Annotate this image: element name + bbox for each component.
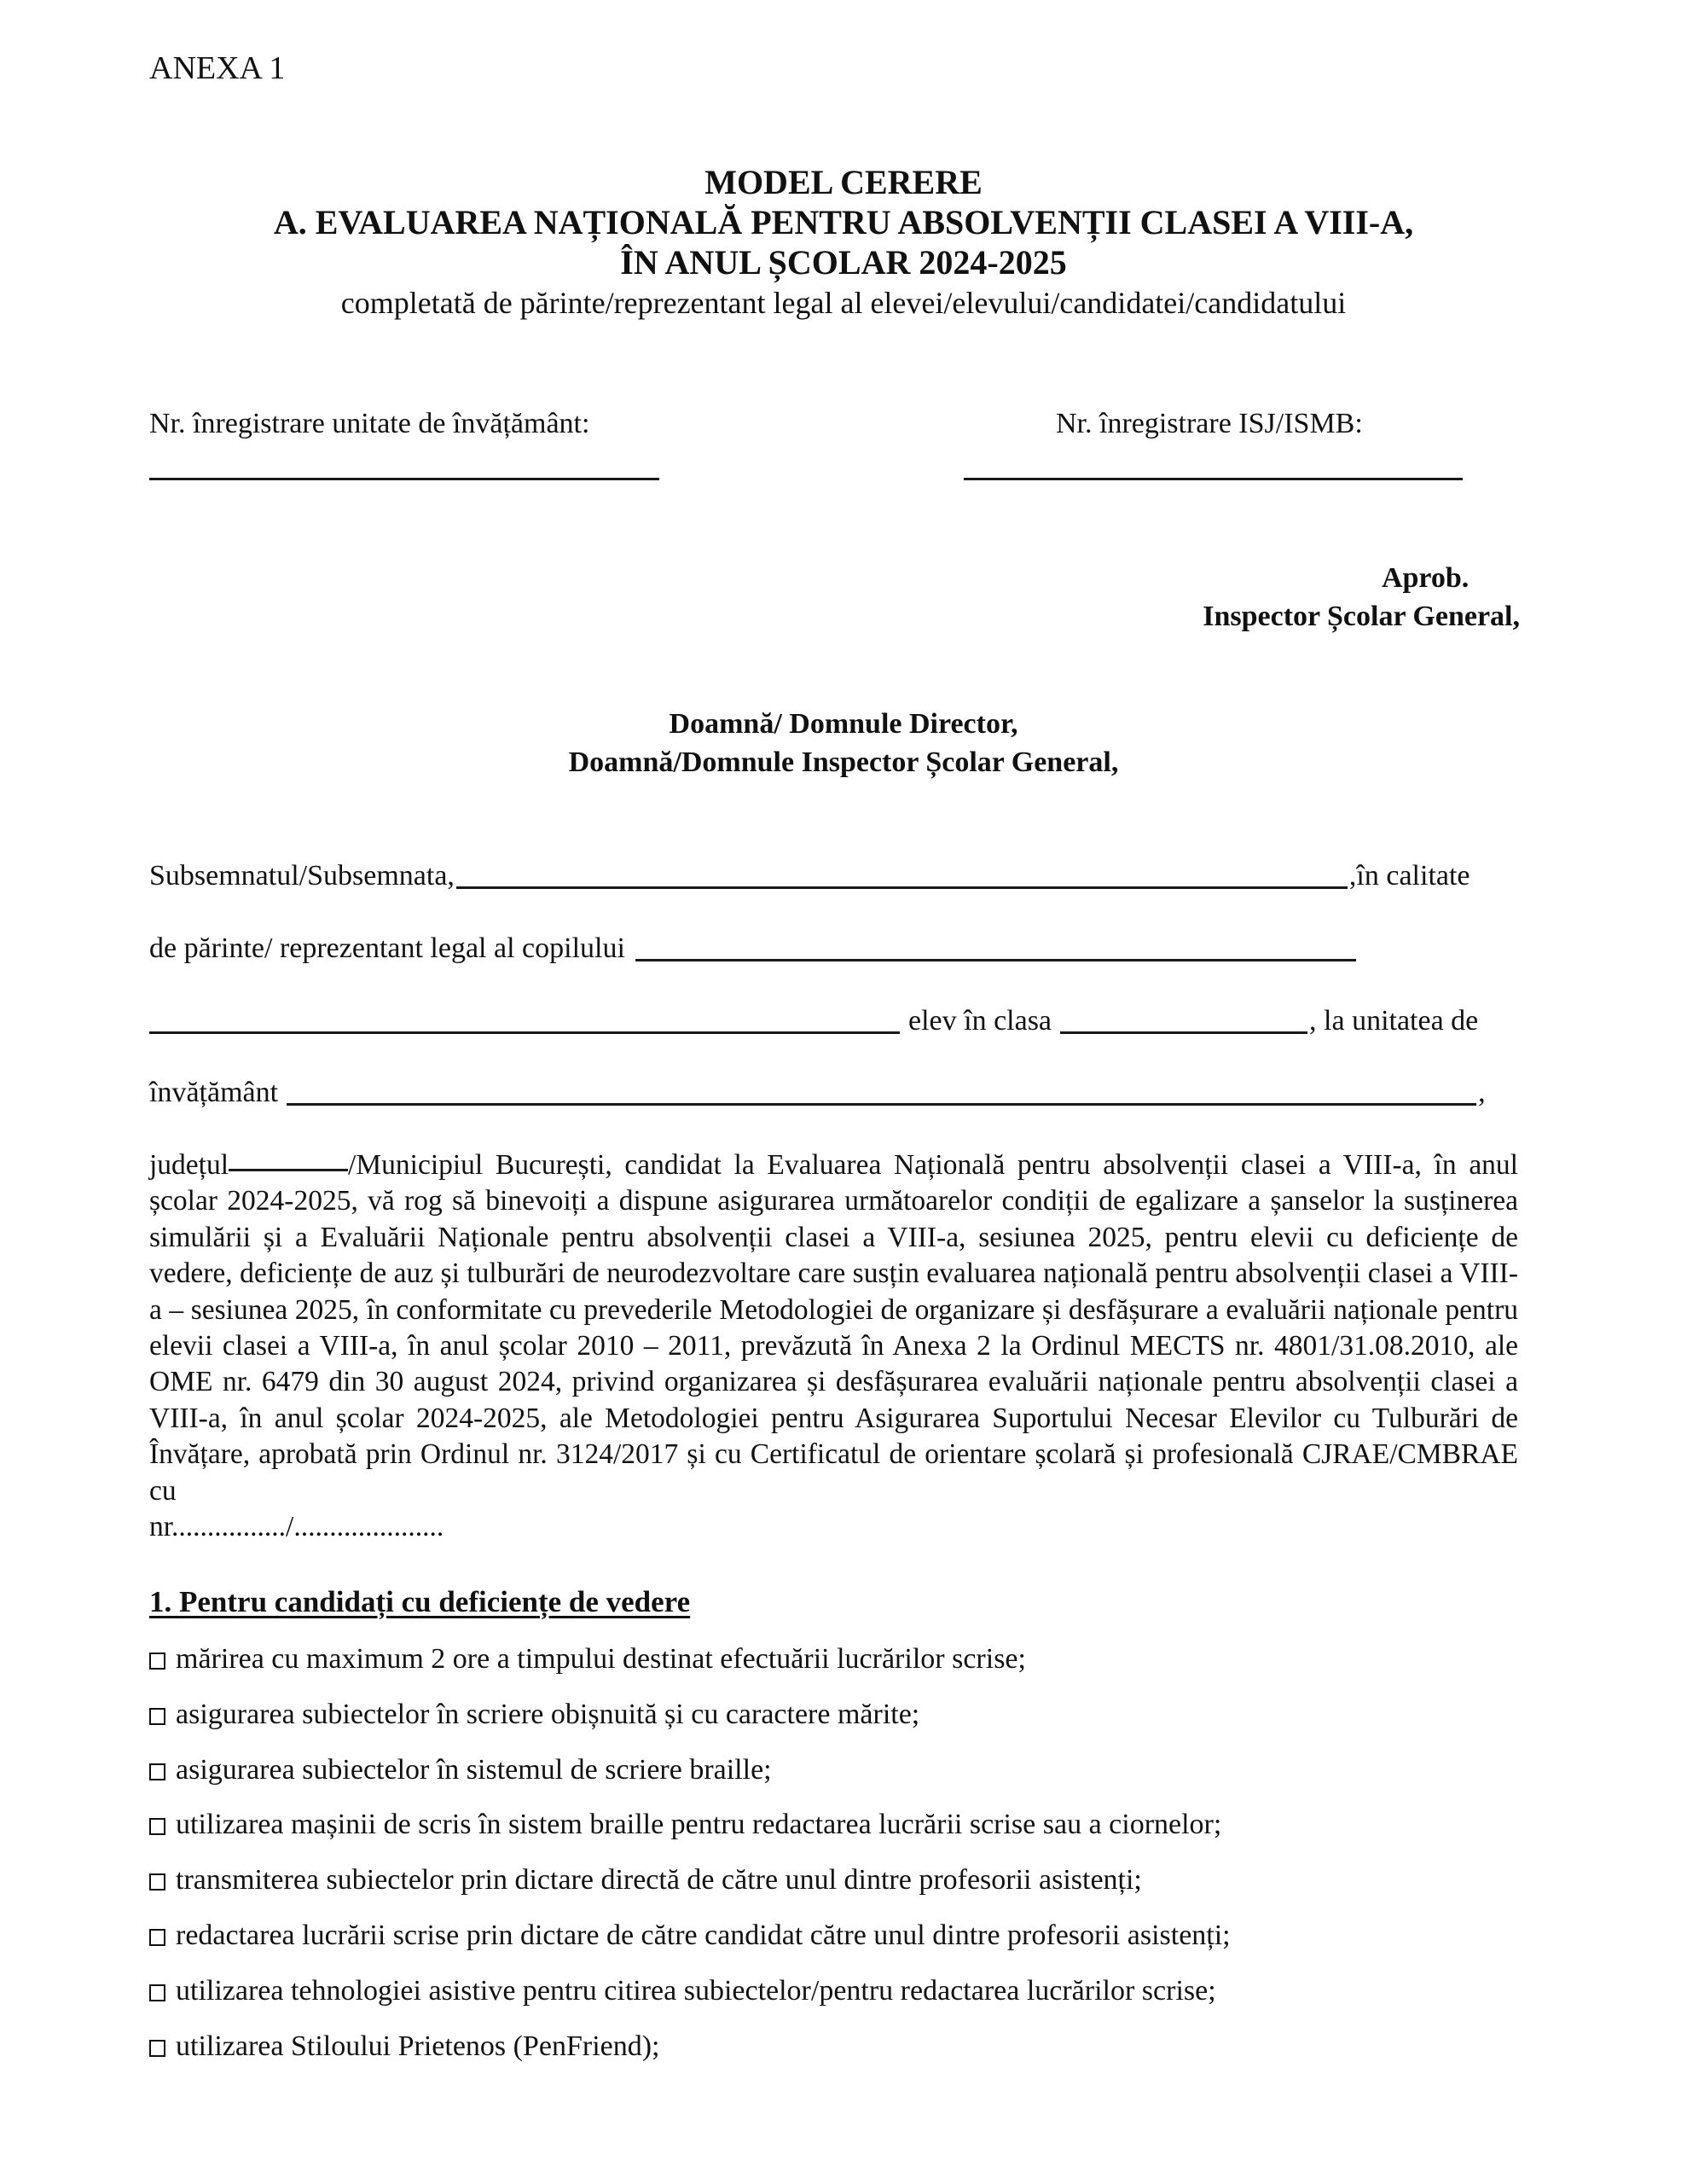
undersigned-name-field[interactable] (456, 861, 1348, 889)
checkbox[interactable] (149, 1818, 165, 1835)
form-line-class: elev în clasa , la unitatea de (149, 1005, 1518, 1037)
class-field[interactable] (1060, 1006, 1307, 1034)
school-suffix: , (1478, 1077, 1486, 1109)
option-dictated-subjects[interactable]: transmiterea subiectelor prin dictare di… (149, 1864, 1142, 1896)
option-dictated-answers[interactable]: redactarea lucrării scrise prin dictare … (149, 1920, 1231, 1952)
approval-label: Aprob. (1203, 559, 1520, 597)
unit-label: , la unitatea de (1309, 1005, 1478, 1037)
checkbox[interactable] (149, 2040, 165, 2057)
checkbox[interactable] (149, 1984, 165, 2001)
option-label: utilizarea tehnologiei asistive pentru c… (176, 1975, 1216, 2007)
as-label: ,în calitate (1349, 860, 1470, 892)
checkbox[interactable] (149, 1929, 165, 1946)
salutation-director: Doamnă/ Domnule Director, (0, 705, 1687, 743)
section-visual-impairment-title: 1. Pentru candidați cu deficiențe de ved… (149, 1585, 690, 1619)
form-line-undersigned: Subsemnatul/Subsemnata, ,în calitate (149, 860, 1518, 892)
title-line-3: ÎN ANUL ȘCOLAR 2024-2025 (0, 242, 1687, 282)
checkbox[interactable] (149, 1653, 165, 1670)
option-braille-typewriter[interactable]: utilizarea mașinii de scris în sistem br… (149, 1809, 1221, 1841)
option-label: asigurarea subiectelor în sistemul de sc… (176, 1754, 772, 1786)
option-label: asigurarea subiectelor în scriere obișnu… (176, 1699, 919, 1731)
school-registration-label: Nr. înregistrare unitate de învățământ: (149, 408, 589, 440)
undersigned-label: Subsemnatul/Subsemnata, (149, 860, 455, 892)
option-label: transmiterea subiectelor prin dictare di… (176, 1864, 1142, 1896)
checkbox[interactable] (149, 1873, 165, 1891)
salutation: Doamnă/ Domnule Director, Doamnă/Domnule… (0, 705, 1687, 781)
option-label: mărirea cu maximum 2 ore a timpului dest… (176, 1643, 1026, 1676)
school-registration-field[interactable] (149, 478, 659, 480)
option-label: utilizarea Stiloului Prietenos (PenFrien… (176, 2030, 660, 2063)
option-label: redactarea lucrării scrise prin dictare … (176, 1920, 1231, 1952)
title-subtitle: completată de părinte/reprezentant legal… (0, 282, 1687, 323)
certificate-number-line[interactable]: nr................/..................... (149, 1509, 1518, 1545)
annex-label: ANEXA 1 (149, 49, 285, 87)
class-label: elev în clasa (908, 1005, 1052, 1037)
document-title: MODEL CERERE A. EVALUAREA NAȚIONALĂ PENT… (0, 162, 1687, 323)
student-name-field[interactable] (149, 1006, 900, 1034)
request-paragraph: județul/Municipiul București, candidat l… (149, 1147, 1518, 1545)
option-penfriend[interactable]: utilizarea Stiloului Prietenos (PenFrien… (149, 2030, 660, 2063)
school-label: învățământ (149, 1077, 278, 1109)
option-label: utilizarea mașinii de scris în sistem br… (176, 1809, 1221, 1841)
option-assistive-technology[interactable]: utilizarea tehnologiei asistive pentru c… (149, 1975, 1216, 2007)
checkbox[interactable] (149, 1708, 165, 1725)
checkbox[interactable] (149, 1763, 165, 1780)
option-extra-time[interactable]: mărirea cu maximum 2 ore a timpului dest… (149, 1643, 1026, 1676)
child-name-field[interactable] (635, 933, 1356, 961)
isj-registration-label: Nr. înregistrare ISJ/ISMB: (1056, 408, 1363, 440)
title-line-2: A. EVALUAREA NAȚIONALĂ PENTRU ABSOLVENȚI… (0, 202, 1687, 242)
parent-label: de părinte/ reprezentant legal al copilu… (149, 932, 625, 965)
option-braille-subjects[interactable]: asigurarea subiectelor în sistemul de sc… (149, 1754, 772, 1786)
paragraph-body: /Municipiul București, candidat la Evalu… (149, 1149, 1518, 1507)
salutation-inspector: Doamnă/Domnule Inspector Școlar General, (0, 743, 1687, 781)
option-large-print[interactable]: asigurarea subiectelor în scriere obișnu… (149, 1699, 919, 1731)
approval-block: Aprob. Inspector Școlar General, (1203, 559, 1520, 636)
form-line-school: învățământ , (149, 1077, 1518, 1109)
isj-registration-field[interactable] (964, 478, 1463, 480)
title-line-1: MODEL CERERE (0, 162, 1687, 202)
approval-signatory: Inspector Școlar General, (1203, 597, 1520, 636)
school-name-field[interactable] (287, 1077, 1476, 1106)
county-field[interactable] (229, 1147, 348, 1171)
county-label: județul (149, 1149, 229, 1181)
form-line-parent: de părinte/ reprezentant legal al copilu… (149, 932, 1518, 965)
